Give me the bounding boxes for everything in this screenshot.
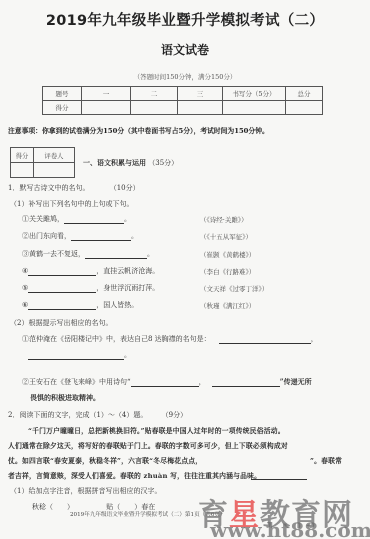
- grader-input-cell[interactable]: [34, 163, 75, 178]
- passage-line-tail: ”。春联常: [310, 455, 342, 465]
- exam-title: 2019年九年级毕业暨升学模拟考试（二）: [0, 9, 370, 30]
- item-text: 。: [147, 250, 154, 258]
- section-label: 一、语文积累与运用: [83, 158, 146, 167]
- answer-blank[interactable]: [28, 267, 96, 276]
- grader-box: 得分 评卷人: [10, 147, 75, 178]
- passage-line: 仗。如四言联“春安夏泰，秋稳冬祥”，六言联“冬尽梅花点点，: [8, 455, 202, 465]
- score-cell: 书写分（5分）: [223, 87, 286, 101]
- answer-blank[interactable]: [131, 378, 199, 387]
- fill-item: ①关关雎鸠，。: [22, 214, 131, 224]
- question-1: 1．默写古诗文中的名句。 （10分）: [8, 183, 140, 193]
- score-cell: 题号: [43, 87, 82, 101]
- passage-line: “千门万户曈曈日，总把新桃换旧符。”贴春联是中国人过年时的一项传统民俗活动。: [28, 425, 285, 435]
- score-cell: 总分: [286, 87, 323, 101]
- grader-header: 得分: [11, 148, 34, 163]
- answer-blank[interactable]: [64, 215, 124, 224]
- fill-item: ⑥，国人皆热。: [22, 300, 138, 310]
- fill-item-continued: 。: [28, 350, 131, 360]
- score-input-cell[interactable]: [286, 101, 323, 115]
- fill-item: ②王安石在《登飞来峰》中用诗句“，”传递无所: [22, 377, 312, 387]
- score-input-cell[interactable]: [178, 101, 223, 115]
- answer-blank[interactable]: [28, 284, 96, 293]
- score-table: 题号 一 二 三 书写分（5分） 总分 得分: [42, 86, 323, 115]
- fill-item: ⑤，身世浮沉雨打萍。: [22, 283, 159, 293]
- fill-item: ①范仲淹在《岳阳楼记中》中，表达自己8 达胸襟的名句是：，: [22, 334, 318, 344]
- subquestion-stem: （2）根据提示写出相应的名句。: [10, 318, 112, 328]
- watermark-url: www.ht88.com: [210, 518, 370, 539]
- answer-blank[interactable]: [85, 250, 147, 259]
- question-stem: 2．阅读下面的文字，完成（1）～（4）题。: [8, 411, 147, 419]
- item-text: ②出门东向看，: [22, 232, 71, 240]
- item-text: 。: [131, 232, 138, 240]
- fill-item: ④，直挂云帆济沧海。: [22, 266, 159, 276]
- source-note: （文天祥《过零丁洋》）: [200, 284, 268, 293]
- section-heading: 一、语文积累与运用 （35分）: [83, 158, 178, 168]
- score-cell: 二: [131, 87, 178, 101]
- item-text: ①范仲淹在《岳阳楼记中》中，表达自己8 达胸襟的名句是：: [22, 335, 211, 343]
- source-note: （秋瑾《满江红》）: [200, 301, 255, 310]
- subject-title: 语文试卷: [0, 41, 370, 58]
- answer-blank[interactable]: [28, 301, 96, 310]
- score-input-cell[interactable]: [82, 101, 131, 115]
- passage-line: 人们通常在除夕这天，将写好的春联贴于门上。春联的字数可多可少，但上下联必须构成对: [8, 440, 288, 450]
- pinyin-item[interactable]: 秋稔（ ）: [32, 503, 74, 511]
- answer-blank[interactable]: [219, 335, 311, 344]
- question-stem: 1．默写古诗文中的名句。: [8, 184, 89, 192]
- grader-input-cell[interactable]: [11, 163, 34, 178]
- score-input-cell[interactable]: [131, 101, 178, 115]
- fill-item: ②出门东向看，。: [22, 231, 138, 241]
- source-note: （李白《行路难》）: [200, 267, 255, 276]
- item-text: ①关关雎鸠，: [22, 215, 64, 223]
- subquestion-stem: （1）补写出下列名句中的上句或下句。: [10, 199, 133, 209]
- item-text: ，直挂云帆济沧海。: [96, 267, 159, 275]
- grader-header: 评卷人: [34, 148, 75, 163]
- score-cell: 三: [178, 87, 223, 101]
- score-input-cell[interactable]: [223, 101, 286, 115]
- question-points: （9分）: [162, 411, 187, 419]
- answer-blank[interactable]: [71, 232, 131, 241]
- question-2: 2．阅读下面的文字，完成（1）～（4）题。 （9分）: [8, 410, 187, 420]
- subquestion-stem: （1）给加点字注音，根据拼音写出相应的汉字。: [10, 486, 161, 496]
- item-text: ”传递无所: [280, 377, 312, 386]
- question-points: （10分）: [110, 184, 140, 192]
- fill-item: ③黄鹤一去不复返，。: [22, 249, 154, 259]
- item-text: ③黄鹤一去不复返，: [22, 250, 85, 258]
- passage-line: 者吉祥，言简意赅，深受人们喜爱。春联的 zhuàn 写，往往注重其内涵与品味。: [8, 470, 261, 480]
- answer-blank[interactable]: [28, 351, 124, 360]
- source-note: （崔颢《黄鹤楼》）: [200, 250, 255, 259]
- section-points: （35分）: [148, 159, 178, 167]
- source-note: （《十五从军征》）: [200, 232, 252, 241]
- item-text: ，身世浮沉雨打萍。: [96, 284, 159, 292]
- answer-blank[interactable]: [212, 378, 280, 387]
- score-cell: 得分: [43, 101, 82, 115]
- source-note: （《诗经·关雎》）: [200, 215, 248, 224]
- score-table-header-row: 题号 一 二 三 书写分（5分） 总分: [43, 87, 323, 101]
- exam-notice: 注意事项：你拿到的试卷满分为150分（其中卷面书写占5分），考试时间为150分钟…: [8, 125, 269, 135]
- time-note: （答题时间150分钟，满分150分）: [0, 72, 370, 81]
- score-table-score-row: 得分: [43, 101, 323, 115]
- item-text: 。: [124, 215, 131, 223]
- score-cell: 一: [82, 87, 131, 101]
- item-text: ，国人皆热。: [96, 301, 138, 309]
- item-text-continued: 畏惧的积极进取精神。: [30, 393, 100, 403]
- item-text: ②王安石在《登飞来峰》中用诗句“: [22, 378, 131, 386]
